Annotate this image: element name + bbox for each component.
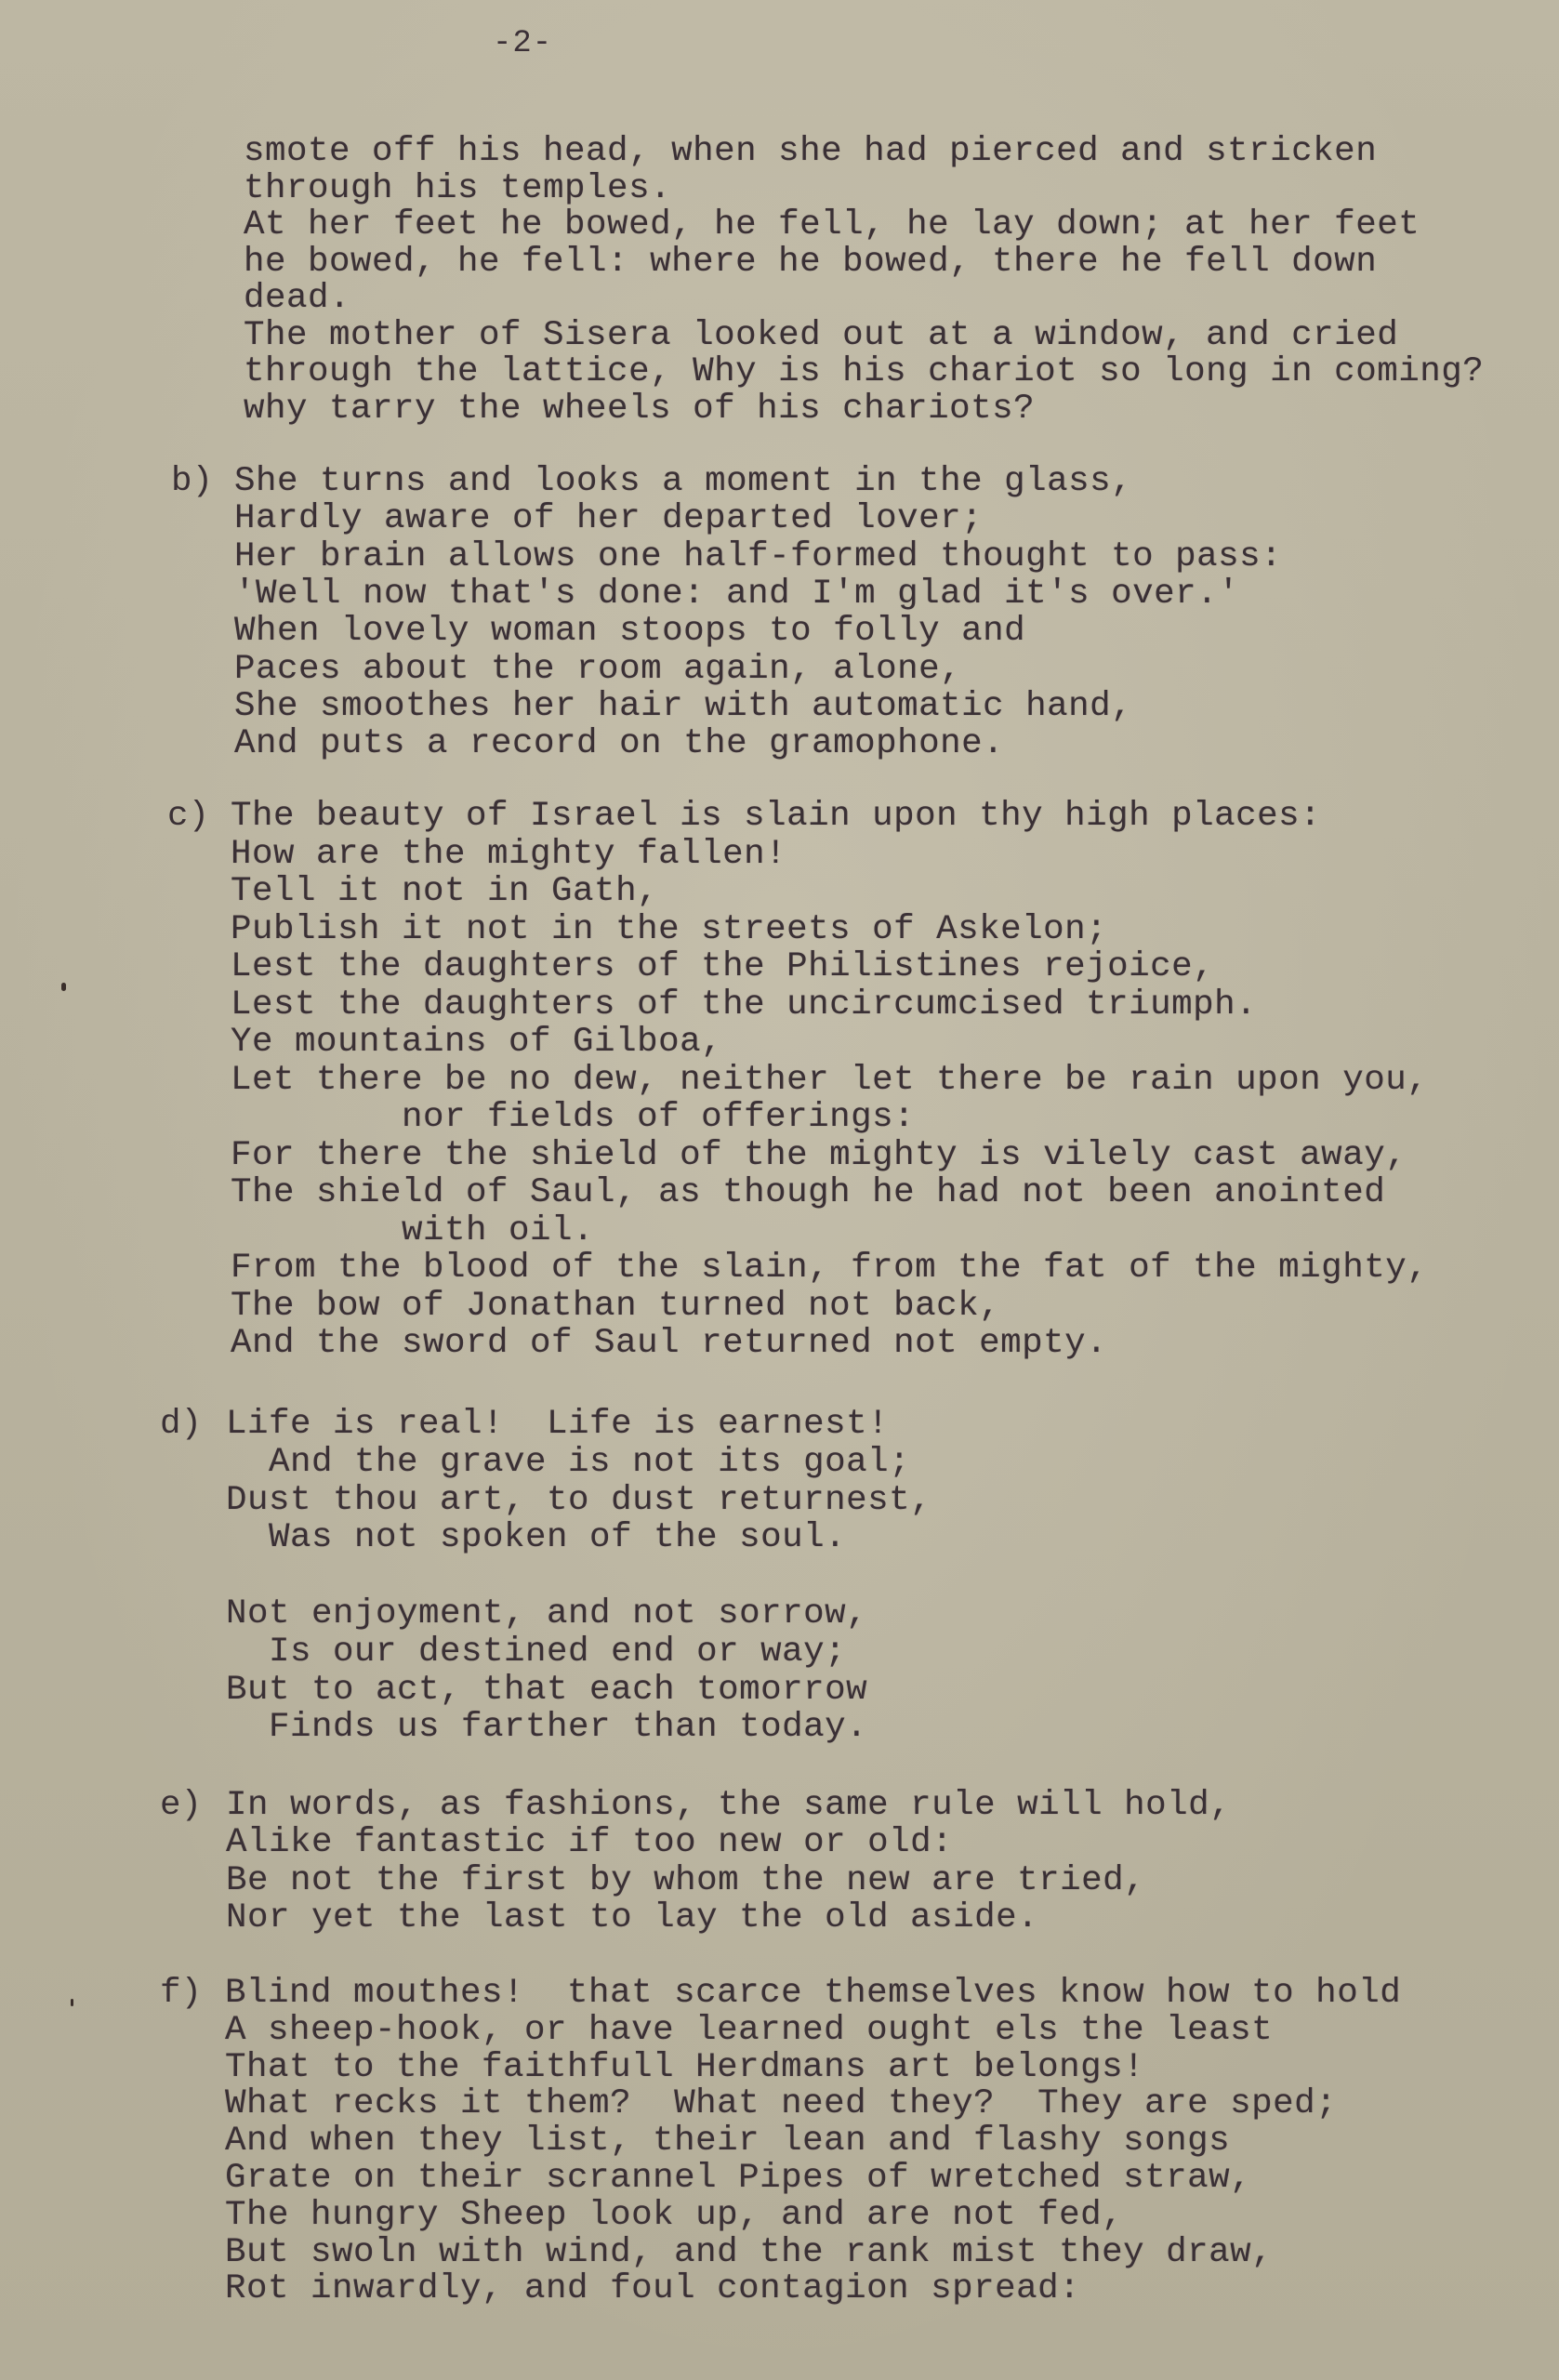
- text-line: 'Well now that's done: and I'm glad it's…: [234, 575, 1239, 613]
- ink-speck: [61, 983, 66, 991]
- text-line: For there the shield of the mighty is vi…: [231, 1137, 1407, 1174]
- text-line: Let there be no dew, neither let there b…: [231, 1062, 1428, 1099]
- text-line: Is our destined end or way;: [226, 1633, 846, 1671]
- page-number: -2-: [493, 26, 552, 61]
- text-line: why tarry the wheels of his chariots?: [244, 390, 1035, 428]
- text-line: Paces about the room again, alone,: [234, 651, 961, 688]
- text-line: he bowed, he fell: where he bowed, there…: [244, 244, 1377, 281]
- text-line: And the grave is not its goal;: [226, 1444, 910, 1481]
- section-label: b): [171, 463, 213, 500]
- text-line: Nor yet the last to lay the old aside.: [226, 1899, 1038, 1937]
- text-line: Finds us farther than today.: [226, 1709, 867, 1746]
- text-line: Rot inwardly, and foul contagion spread:: [225, 2270, 1080, 2307]
- text-line: through his temples.: [244, 170, 671, 207]
- text-line: Be not the first by whom the new are tri…: [226, 1862, 1145, 1899]
- text-line: But to act, that each tomorrow: [226, 1672, 867, 1709]
- text-line: through the lattice, Why is his chariot …: [244, 353, 1484, 390]
- text-line: In words, as fashions, the same rule wil…: [226, 1787, 1231, 1824]
- text-line: And when they list, their lean and flash…: [225, 2122, 1230, 2160]
- text-line: How are the mighty fallen!: [231, 836, 786, 873]
- section-label: c): [167, 798, 209, 835]
- section-label: e): [160, 1787, 202, 1824]
- text-line: From the blood of the slain, from the fa…: [231, 1249, 1428, 1287]
- typewritten-page: -2- smote off his head, when she had pie…: [0, 0, 1559, 2380]
- text-line: When lovely woman stoops to folly and: [234, 613, 1025, 650]
- text-line: The beauty of Israel is slain upon thy h…: [231, 798, 1321, 835]
- text-line: nor fields of offerings:: [231, 1099, 915, 1136]
- text-line: Not enjoyment, and not sorrow,: [226, 1595, 867, 1633]
- text-line: Life is real! Life is earnest!: [226, 1406, 889, 1443]
- text-line: Her brain allows one half-formed thought…: [234, 538, 1282, 575]
- text-line: Lest the daughters of the Philistines re…: [231, 948, 1214, 985]
- text-line: Was not spoken of the soul.: [226, 1519, 846, 1556]
- text-line: Hardly aware of her departed lover;: [234, 500, 983, 537]
- text-line: But swoln with wind, and the rank mist t…: [225, 2234, 1273, 2271]
- text-line: Grate on their scrannel Pipes of wretche…: [225, 2160, 1251, 2197]
- section-label: f): [160, 1975, 202, 2012]
- text-line: A sheep-hook, or have learned ought els …: [225, 2012, 1273, 2049]
- text-line: Ye mountains of Gilboa,: [231, 1024, 722, 1061]
- text-line: Alike fantastic if too new or old:: [226, 1824, 953, 1861]
- text-line: At her feet he bowed, he fell, he lay do…: [244, 206, 1420, 244]
- text-line: Blind mouthes! that scarce themselves kn…: [225, 1975, 1401, 2012]
- text-line: Dust thou art, to dust returnest,: [226, 1482, 931, 1519]
- text-line: What recks it them? What need they? They…: [225, 2085, 1337, 2122]
- text-line: Lest the daughters of the uncircumcised …: [231, 986, 1257, 1024]
- text-line: The bow of Jonathan turned not back,: [231, 1288, 1000, 1325]
- text-line: dead.: [244, 280, 350, 317]
- text-line: And puts a record on the gramophone.: [234, 725, 1004, 762]
- text-line: That to the faithfull Herdmans art belon…: [225, 2049, 1144, 2086]
- text-line: Publish it not in the streets of Askelon…: [231, 911, 1107, 948]
- text-line: The mother of Sisera looked out at a win…: [244, 317, 1398, 354]
- section-label: d): [160, 1406, 202, 1443]
- text-line: She smoothes her hair with automatic han…: [234, 688, 1132, 725]
- text-line: with oil.: [231, 1212, 594, 1249]
- text-line: The hungry Sheep look up, and are not fe…: [225, 2197, 1123, 2234]
- text-line: smote off his head, when she had pierced…: [244, 133, 1377, 170]
- text-line: And the sword of Saul returned not empty…: [231, 1325, 1107, 1362]
- text-line: She turns and looks a moment in the glas…: [234, 463, 1132, 500]
- text-line: The shield of Saul, as though he had not…: [231, 1174, 1385, 1211]
- ink-speck: [71, 1999, 73, 2006]
- text-line: Tell it not in Gath,: [231, 873, 658, 910]
